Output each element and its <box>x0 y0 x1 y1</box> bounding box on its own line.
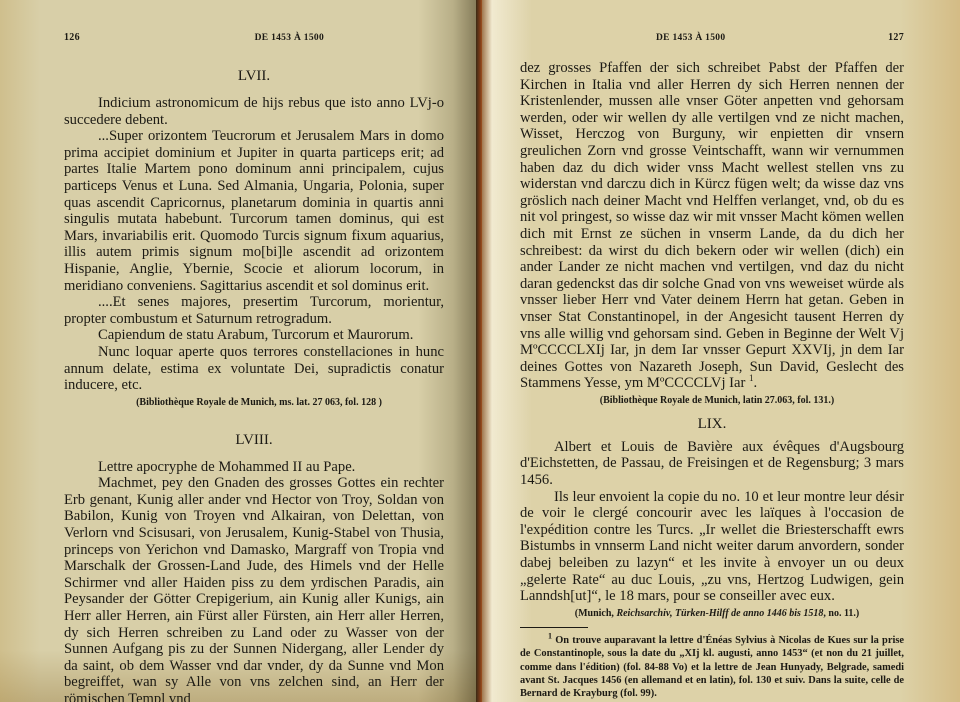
section-number: LVII. <box>64 68 444 85</box>
source-citation: (Bibliothèque Royale de Munich, ms. lat.… <box>64 397 444 408</box>
right-running-head: DE 1453 À 1500 127 <box>520 32 904 46</box>
section-heading: Indicium astronomicum de hijs rebus que … <box>64 95 444 128</box>
paragraph: Ils leur envoient la copie du no. 10 et … <box>520 489 904 605</box>
section-number: LVIII. <box>64 432 444 449</box>
paragraph: Machmet, pey den Gnaden des grosses Gott… <box>64 475 444 702</box>
footnote-divider <box>520 627 588 628</box>
left-page: 126 DE 1453 À 1500 LVII. Indicium astron… <box>0 0 478 702</box>
section-heading: Albert et Louis de Bavière aux évêques d… <box>520 439 904 489</box>
footnote-mark: 1 <box>548 631 552 640</box>
page-number: 126 <box>64 32 80 43</box>
paragraph: ...Super orizontem Teucrorum et Jerusale… <box>64 128 444 294</box>
source-citation: (Munich, Reichsarchiv, Türken-Hilff de a… <box>520 608 904 619</box>
footnote-reference[interactable]: 1 <box>749 373 754 383</box>
source-citation: (Bibliothèque Royale de Munich, latin 27… <box>520 395 904 406</box>
paragraph: Capiendum de statu Arabum, Turcorum et M… <box>64 327 444 344</box>
section-number: LIX. <box>520 416 904 433</box>
paragraph-continuation: dez grosses Pfaffen der sich schreibet P… <box>520 60 904 392</box>
left-running-head: 126 DE 1453 À 1500 <box>64 32 444 46</box>
right-page: DE 1453 À 1500 127 dez grosses Pfaffen d… <box>482 0 960 702</box>
footnote: 1 On trouve auparavant la lettre d'Énéas… <box>520 634 904 701</box>
section-heading: Lettre apocryphe de Mohammed II au Pape. <box>64 459 444 476</box>
running-title: DE 1453 À 1500 <box>255 33 324 43</box>
book-spread: 126 DE 1453 À 1500 LVII. Indicium astron… <box>0 0 960 702</box>
page-number: 127 <box>888 32 904 43</box>
paragraph: ....Et senes majores, presertim Turcorum… <box>64 294 444 327</box>
running-title: DE 1453 À 1500 <box>656 33 725 43</box>
paragraph: Nunc loquar aperte quos terrores constel… <box>64 344 444 394</box>
